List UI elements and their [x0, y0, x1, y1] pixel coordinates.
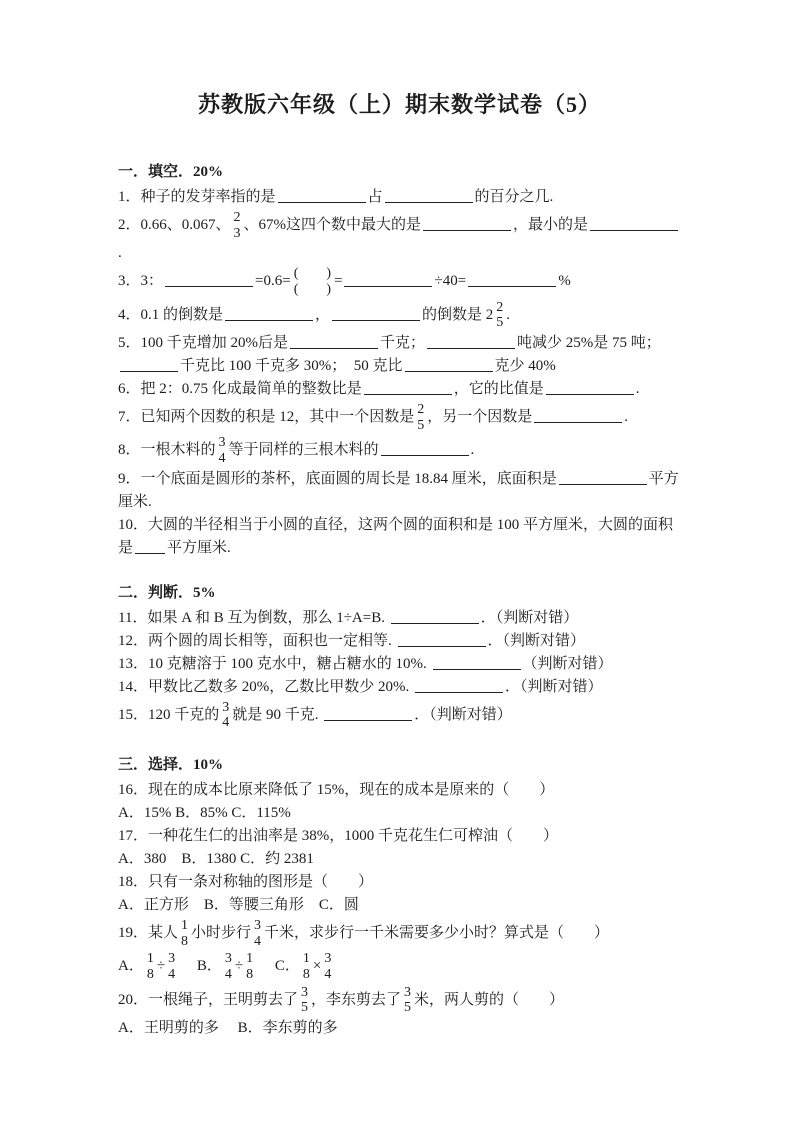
text-segment: A．380 B．1380 C．约 2381: [118, 851, 314, 867]
text-segment: ×: [313, 959, 321, 975]
exam-sections: 一．填空．20%1．种子的发芽率指的是占的百分之几.2．0.66、0.067、2…: [118, 161, 681, 1040]
answer-blank: [290, 334, 378, 349]
text-segment: 20．一根绳子，王明剪去了: [118, 992, 298, 1008]
fraction-denominator: 4: [324, 967, 331, 983]
text-segment: .: [506, 307, 510, 323]
fraction-numerator: 3: [222, 700, 229, 716]
fraction-numerator: 2: [234, 210, 241, 226]
fraction-denominator: 8: [181, 934, 188, 950]
text-segment: 克少 40%: [495, 358, 556, 374]
fraction-numerator: 3: [168, 951, 175, 967]
fraction-denominator: 5: [301, 1000, 308, 1016]
question-15: 15．120 千克的34就是 90 千克. ．（判断对错）: [118, 699, 681, 732]
text-segment: 3．3：: [118, 273, 163, 289]
section-1: 一．填空．20%1．种子的发芽率指的是占的百分之几.2．0.66、0.067、2…: [118, 161, 681, 560]
answer-blank: [405, 357, 493, 372]
text-segment: 的百分之几.: [475, 189, 554, 205]
fraction-denominator: 3: [234, 226, 241, 242]
text-segment: .: [471, 442, 475, 458]
page-title: 苏教版六年级（上）期末数学试卷（5）: [118, 88, 681, 119]
answer-blank: [364, 380, 452, 395]
text-segment: 、67%这四个数中最大的是: [244, 217, 422, 233]
fraction-numerator: 1: [147, 951, 154, 967]
question-line: A．18÷34 B．34÷18 C．18×34: [118, 950, 681, 983]
text-segment: 5．100 千克增加 20%后是: [118, 335, 288, 351]
fraction: 34: [225, 951, 232, 982]
text-segment: 4．0.1 的倒数是: [118, 307, 223, 323]
question-line: 6．把 2：0.75 化成最简单的整数比是，它的比值是.: [118, 378, 681, 401]
answer-blank: [398, 632, 486, 647]
question-line: 4．0.1 的倒数是，的倒数是 225.: [118, 299, 681, 332]
text-segment: ．（判断对错）: [414, 707, 512, 723]
text-segment: 7．已知两个因数的积是 12，其中一个因数是: [118, 409, 414, 425]
question-2: 2．0.66、0.067、23、67%这四个数中最大的是，最小的是.: [118, 209, 681, 265]
fraction-denominator: 4: [225, 967, 232, 983]
question-line: A．王明剪的多 B．李东剪的多: [118, 1017, 681, 1040]
text-segment: 等于同样的三根木料的: [229, 442, 379, 458]
text-segment: 12．两个圆的周长相等，面积也一定相等.: [118, 633, 396, 649]
fraction-denominator: 8: [303, 967, 310, 983]
section-heading: 一．填空．20%: [118, 161, 681, 184]
question-line: 13．10 克糖溶于 100 克水中，糖占糖水的 10%. （判断对错）: [118, 653, 681, 676]
question-10: 10．大圆的半径相当于小圆的直径，这两个圆的面积和是 100 平方厘米，大圆的面…: [118, 514, 681, 560]
answer-blank: [559, 470, 647, 485]
answer-blank: [135, 539, 165, 554]
question-line: 2．0.66、0.067、23、67%这四个数中最大的是，最小的是.: [118, 209, 681, 265]
text-segment: 占: [368, 189, 383, 205]
fraction-numerator: 3: [254, 918, 261, 934]
fraction-denominator: 5: [404, 1000, 411, 1016]
text-segment: 11．如果 A 和 B 互为倒数，那么 1÷A=B.: [118, 610, 389, 626]
text-segment: .: [624, 409, 628, 425]
question-line: 16．现在的成本比原来降低了 15%，现在的成本是原来的（ ）: [118, 779, 681, 802]
question-line: 8．一根木料的34等于同样的三根木料的.: [118, 434, 681, 467]
text-segment: ，李东剪去了: [311, 992, 401, 1008]
fraction-numerator: 2: [496, 300, 503, 316]
question-6: 6．把 2：0.75 化成最简单的整数比是，它的比值是.: [118, 378, 681, 401]
question-line: 17．一种花生仁的出油率是 38%，1000 千克花生仁可榨油（ ）: [118, 825, 681, 848]
text-segment: 小时步行: [191, 925, 251, 941]
question-line: 10．大圆的半径相当于小圆的直径，这两个圆的面积和是 100 平方厘米，大圆的面…: [118, 514, 681, 560]
question-16: 16．现在的成本比原来降低了 15%，现在的成本是原来的（ ）A．15% B．8…: [118, 779, 681, 825]
text-segment: ÷40=: [434, 273, 466, 289]
answer-blank: [344, 272, 432, 287]
fraction-denominator: 5: [496, 315, 503, 331]
fraction-numerator: 3: [301, 985, 308, 1001]
text-segment: 14．甲数比乙数多 20%，乙数比甲数少 20%.: [118, 679, 413, 695]
text-segment: ，它的比值是: [454, 381, 544, 397]
answer-blank: [324, 706, 412, 721]
text-segment: ，另一个因数是: [427, 409, 532, 425]
question-line: A．15% B．85% C．115%: [118, 802, 681, 825]
question-line: 9．一个底面是圆形的茶杯，底面圆的周长是 18.84 厘米，底面积是平方厘米.: [118, 468, 681, 514]
text-segment: ．（判断对错）: [488, 633, 586, 649]
fraction: 18: [181, 918, 188, 949]
fraction: 18: [246, 951, 253, 982]
fraction: 34: [219, 435, 226, 466]
answer-blank: [165, 272, 253, 287]
question-19: 19．某人18小时步行34千米，求步行一千米需要多少小时？算式是（ ）A．18÷…: [118, 917, 681, 984]
question-17: 17．一种花生仁的出油率是 38%，1000 千克花生仁可榨油（ ）A．380 …: [118, 825, 681, 871]
fraction-denominator: 8: [147, 967, 154, 983]
question-13: 13．10 克糖溶于 100 克水中，糖占糖水的 10%. （判断对错）: [118, 653, 681, 676]
question-4: 4．0.1 的倒数是，的倒数是 225.: [118, 299, 681, 332]
text-segment: 的倒数是 2: [422, 307, 493, 323]
answer-blank: [225, 306, 313, 321]
answer-blank: [385, 188, 473, 203]
answer-blank: [415, 678, 503, 693]
question-line: A．正方形 B．等腰三角形 C．圆: [118, 894, 681, 917]
text-segment: 8．一根木料的: [118, 442, 216, 458]
text-segment: =: [334, 273, 342, 289]
text-segment: 16．现在的成本比原来降低了 15%，现在的成本是原来的（ ）: [118, 782, 554, 798]
answer-blank: [278, 188, 366, 203]
question-line: 1．种子的发芽率指的是占的百分之几.: [118, 186, 681, 209]
text-segment: 吨减少 25%是 75 吨；: [517, 335, 661, 351]
fraction: ( )( ): [294, 266, 331, 297]
fraction-denominator: 4: [254, 934, 261, 950]
text-segment: .: [636, 381, 640, 397]
text-segment: 13．10 克糖溶于 100 克水中，糖占糖水的 10%.: [118, 656, 431, 672]
answer-blank: [468, 272, 556, 287]
question-7: 7．已知两个因数的积是 12，其中一个因数是25，另一个因数是.: [118, 401, 681, 434]
fraction-numerator: 3: [404, 985, 411, 1001]
text-segment: 1．种子的发芽率指的是: [118, 189, 276, 205]
fraction-denominator: 8: [246, 967, 253, 983]
exam-paper: 苏教版六年级（上）期末数学试卷（5） 一．填空．20%1．种子的发芽率指的是占的…: [0, 0, 793, 1122]
question-18: 18．只有一条对称轴的图形是（ ）A．正方形 B．等腰三角形 C．圆: [118, 871, 681, 917]
question-8: 8．一根木料的34等于同样的三根木料的.: [118, 434, 681, 467]
answer-blank: [427, 334, 515, 349]
fraction-denominator: 4: [168, 967, 175, 983]
question-12: 12．两个圆的周长相等，面积也一定相等. ．（判断对错）: [118, 630, 681, 653]
fraction: 35: [404, 985, 411, 1016]
fraction: 18: [303, 951, 310, 982]
text-segment: ，: [315, 307, 330, 323]
answer-blank: [391, 609, 479, 624]
text-segment: ，最小的是: [513, 217, 588, 233]
fraction-numerator: 1: [303, 951, 310, 967]
fraction-denominator: 5: [417, 418, 424, 434]
text-segment: 就是 90 千克.: [232, 707, 322, 723]
question-line: 19．某人18小时步行34千米，求步行一千米需要多少小时？算式是（ ）: [118, 917, 681, 950]
question-line: 14．甲数比乙数多 20%，乙数比甲数少 20%. ．（判断对错）: [118, 676, 681, 699]
text-segment: .: [118, 245, 122, 261]
text-segment: ．（判断对错）: [505, 679, 603, 695]
question-line: 18．只有一条对称轴的图形是（ ）: [118, 871, 681, 894]
fraction-denominator: ( ): [294, 282, 331, 298]
text-segment: 17．一种花生仁的出油率是 38%，1000 千克花生仁可榨油（ ）: [118, 828, 558, 844]
section-3: 三．选择．10%16．现在的成本比原来降低了 15%，现在的成本是原来的（ ）A…: [118, 754, 681, 1040]
text-segment: 9．一个底面是圆形的茶杯，底面圆的周长是 18.84 厘米，底面积是: [118, 471, 557, 487]
question-line: 12．两个圆的周长相等，面积也一定相等. ．（判断对错）: [118, 630, 681, 653]
fraction-numerator: 3: [324, 951, 331, 967]
answer-blank: [332, 306, 420, 321]
text-segment: A．15% B．85% C．115%: [118, 805, 291, 821]
fraction-numerator: ( ): [294, 266, 331, 282]
answer-blank: [120, 357, 178, 372]
text-segment: 千米，求步行一千米需要多少小时？算式是（ ）: [264, 925, 609, 941]
text-segment: ÷: [235, 959, 243, 975]
question-3: 3．3：=0.6=( )( )=÷40=%: [118, 265, 681, 298]
text-segment: 6．把 2：0.75 化成最简单的整数比是: [118, 381, 362, 397]
text-segment: 米，两人剪的（ ）: [414, 992, 564, 1008]
question-line: 3．3：=0.6=( )( )=÷40=%: [118, 265, 681, 298]
answer-blank: [590, 216, 678, 231]
question-line: 20．一根绳子，王明剪去了35，李东剪去了35米，两人剪的（ ）: [118, 984, 681, 1017]
text-segment: A．: [118, 959, 144, 975]
fraction: 23: [234, 210, 241, 241]
fraction-numerator: 3: [225, 951, 232, 967]
text-segment: C．: [256, 959, 300, 975]
fraction: 25: [417, 402, 424, 433]
text-segment: （判断对错）: [523, 656, 613, 672]
fraction: 35: [301, 985, 308, 1016]
text-segment: 19．某人: [118, 925, 178, 941]
fraction: 34: [254, 918, 261, 949]
text-segment: 15．120 千克的: [118, 707, 219, 723]
fraction-numerator: 3: [219, 435, 226, 451]
fraction-numerator: 1: [246, 951, 253, 967]
fraction: 34: [324, 951, 331, 982]
question-line: 11．如果 A 和 B 互为倒数，那么 1÷A=B. ．（判断对错）: [118, 607, 681, 630]
fraction-numerator: 1: [181, 918, 188, 934]
section-heading: 三．选择．10%: [118, 754, 681, 777]
text-segment: %: [558, 273, 571, 289]
text-segment: B．: [178, 959, 222, 975]
fraction-denominator: 4: [222, 715, 229, 731]
text-segment: A．王明剪的多 B．李东剪的多: [118, 1020, 338, 1036]
section-2: 二．判断．5%11．如果 A 和 B 互为倒数，那么 1÷A=B. ．（判断对错…: [118, 582, 681, 732]
fraction-numerator: 2: [417, 402, 424, 418]
question-1: 1．种子的发芽率指的是占的百分之几.: [118, 186, 681, 209]
question-20: 20．一根绳子，王明剪去了35，李东剪去了35米，两人剪的（ ）A．王明剪的多 …: [118, 984, 681, 1040]
question-11: 11．如果 A 和 B 互为倒数，那么 1÷A=B. ．（判断对错）: [118, 607, 681, 630]
text-segment: ÷: [157, 959, 165, 975]
section-heading: 二．判断．5%: [118, 582, 681, 605]
text-segment: 千克；: [380, 335, 425, 351]
question-line: A．380 B．1380 C．约 2381: [118, 848, 681, 871]
answer-blank: [546, 380, 634, 395]
answer-blank: [381, 441, 469, 456]
fraction: 25: [496, 300, 503, 331]
text-segment: 千克比 100 千克多 30%； 50 克比: [180, 358, 403, 374]
answer-blank: [423, 216, 511, 231]
answer-blank: [433, 655, 521, 670]
question-line: 15．120 千克的34就是 90 千克. ．（判断对错）: [118, 699, 681, 732]
question-line: 5．100 千克增加 20%后是千克；吨减少 25%是 75 吨；千克比 100…: [118, 332, 681, 378]
text-segment: A．正方形 B．等腰三角形 C．圆: [118, 897, 359, 913]
fraction: 18: [147, 951, 154, 982]
fraction: 34: [168, 951, 175, 982]
answer-blank: [534, 408, 622, 423]
question-line: 7．已知两个因数的积是 12，其中一个因数是25，另一个因数是.: [118, 401, 681, 434]
question-5: 5．100 千克增加 20%后是千克；吨减少 25%是 75 吨；千克比 100…: [118, 332, 681, 378]
text-segment: =0.6=: [255, 273, 291, 289]
text-segment: 2．0.66、0.067、: [118, 217, 231, 233]
text-segment: ．（判断对错）: [481, 610, 579, 626]
fraction: 34: [222, 700, 229, 731]
question-14: 14．甲数比乙数多 20%，乙数比甲数少 20%. ．（判断对错）: [118, 676, 681, 699]
text-segment: 平方厘米.: [167, 540, 231, 556]
text-segment: 18．只有一条对称轴的图形是（ ）: [118, 874, 373, 890]
question-9: 9．一个底面是圆形的茶杯，底面圆的周长是 18.84 厘米，底面积是平方厘米.: [118, 468, 681, 514]
fraction-denominator: 4: [219, 451, 226, 467]
